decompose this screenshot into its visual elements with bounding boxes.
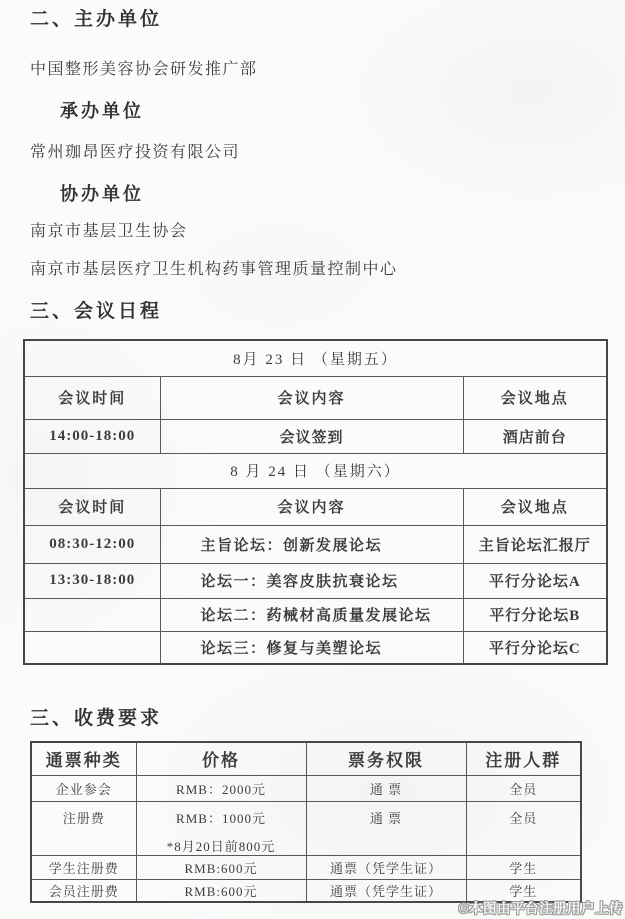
heading-organizers: 二、主办单位 xyxy=(30,8,625,32)
table-row: 会议时间 会议内容 会议地点 xyxy=(24,488,607,525)
table-row: 论坛三：修复与美塑论坛 平行分论坛C xyxy=(24,631,607,664)
table-row: 8月 23 日 （星期五） xyxy=(24,340,607,376)
heading-schedule: 三、会议日程 xyxy=(30,300,625,324)
schedule-cell-content: 论坛一：美容皮肤抗衰论坛 xyxy=(160,563,463,598)
schedule-table: 8月 23 日 （星期五） 会议时间 会议内容 会议地点 14:00-18:00… xyxy=(23,339,608,665)
table-row: 13:30-18:00 论坛一：美容皮肤抗衰论坛 平行分论坛A xyxy=(24,563,607,598)
fee-cell-group: 学生 xyxy=(466,855,581,879)
fee-price-note: *8月20日前800元 xyxy=(137,836,306,855)
table-row: 注册费 RMB：1000元 *8月20日前800元 通 票 全员 xyxy=(31,801,581,855)
fee-cell-access: 通票（凭学生证） xyxy=(306,879,466,902)
table-row: 通票种类 价格 票务权限 注册人群 xyxy=(31,742,581,775)
date-header-day2: 8 月 24 日 （星期六） xyxy=(24,453,607,488)
col-header-ticket-type: 通票种类 xyxy=(31,742,136,775)
table-row: 14:00-18:00 会议签到 酒店前台 xyxy=(24,419,607,453)
schedule-cell-location: 主旨论坛汇报厅 xyxy=(463,525,607,563)
schedule-cell-time: 13:30-18:00 xyxy=(24,563,160,598)
fee-table: 通票种类 价格 票务权限 注册人群 企业参会 RMB：2000元 通 票 全员 … xyxy=(30,741,582,903)
schedule-cell-location: 平行分论坛C xyxy=(463,631,607,664)
fee-cell-type: 学生注册费 xyxy=(31,855,136,879)
table-row: 08:30-12:00 主旨论坛：创新发展论坛 主旨论坛汇报厅 xyxy=(24,525,607,563)
co-organizer-2: 南京市基层医疗卫生机构药事管理质量控制中心 xyxy=(30,260,625,280)
heading-fees: 三、收费要求 xyxy=(30,707,625,731)
col-header-register-group: 注册人群 xyxy=(466,742,581,775)
table-row: 会议时间 会议内容 会议地点 xyxy=(24,376,607,419)
heading-undertaker: 承办单位 xyxy=(60,100,625,122)
schedule-cell-time xyxy=(24,598,160,631)
col-header-content: 会议内容 xyxy=(160,488,463,525)
schedule-cell-location: 平行分论坛B xyxy=(463,598,607,631)
fee-cell-group: 全员 xyxy=(466,801,581,855)
col-header-content: 会议内容 xyxy=(160,376,463,419)
schedule-cell-content: 论坛三：修复与美塑论坛 xyxy=(160,631,463,664)
schedule-cell-location: 酒店前台 xyxy=(463,419,607,453)
schedule-cell-content: 主旨论坛：创新发展论坛 xyxy=(160,525,463,563)
schedule-cell-location: 平行分论坛A xyxy=(463,563,607,598)
fee-cell-type: 企业参会 xyxy=(31,775,136,801)
col-header-time: 会议时间 xyxy=(24,376,160,419)
fee-cell-access: 通 票 xyxy=(306,775,466,801)
table-row: 8 月 24 日 （星期六） xyxy=(24,453,607,488)
fee-cell-price: RMB:600元 xyxy=(136,879,306,902)
fee-cell-type: 会员注册费 xyxy=(31,879,136,902)
col-header-location: 会议地点 xyxy=(463,376,607,419)
schedule-cell-time: 08:30-12:00 xyxy=(24,525,160,563)
heading-co-organizer: 协办单位 xyxy=(60,183,625,205)
fee-cell-price: RMB：2000元 xyxy=(136,775,306,801)
fee-cell-group: 全员 xyxy=(466,775,581,801)
col-header-ticket-access: 票务权限 xyxy=(306,742,466,775)
fee-cell-price: RMB:600元 xyxy=(136,855,306,879)
schedule-cell-time xyxy=(24,631,160,664)
fee-cell-access: 通票（凭学生证） xyxy=(306,855,466,879)
co-organizer-1: 南京市基层卫生协会 xyxy=(30,222,625,242)
host-organization: 中国整形美容协会研发推广部 xyxy=(30,60,625,80)
schedule-cell-time: 14:00-18:00 xyxy=(24,419,160,453)
scanned-document-page: 二、主办单位 中国整形美容协会研发推广部 承办单位 常州珈昂医疗投资有限公司 协… xyxy=(0,0,625,919)
fee-cell-type: 注册费 xyxy=(31,801,136,855)
date-header-day1: 8月 23 日 （星期五） xyxy=(24,340,607,376)
col-header-time: 会议时间 xyxy=(24,488,160,525)
fee-price-main: RMB：1000元 xyxy=(137,808,306,827)
table-row: 学生注册费 RMB:600元 通票（凭学生证） 学生 xyxy=(31,855,581,879)
col-header-location: 会议地点 xyxy=(463,488,607,525)
platform-upload-watermark: ©本图由平台注册用户上传 xyxy=(458,897,623,917)
table-row: 企业参会 RMB：2000元 通 票 全员 xyxy=(31,775,581,801)
fee-cell-price: RMB：1000元 *8月20日前800元 xyxy=(136,801,306,855)
schedule-cell-content: 会议签到 xyxy=(160,419,463,453)
undertaker-organization: 常州珈昂医疗投资有限公司 xyxy=(30,143,625,163)
schedule-cell-content: 论坛二：药械材高质量发展论坛 xyxy=(160,598,463,631)
col-header-price: 价格 xyxy=(136,742,306,775)
fee-cell-access: 通 票 xyxy=(306,801,466,855)
table-row: 论坛二：药械材高质量发展论坛 平行分论坛B xyxy=(24,598,607,631)
